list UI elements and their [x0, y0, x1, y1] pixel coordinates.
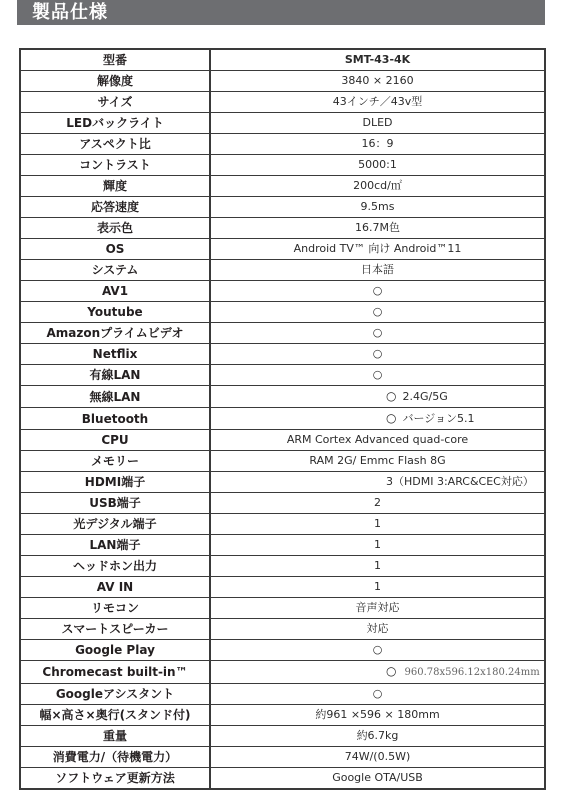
spec-value-optical: 1: [210, 514, 545, 535]
table-row: 応答速度 9.5ms: [20, 197, 545, 218]
spec-value-av1: ○: [210, 281, 545, 302]
spec-table: 型番 SMT-43-4K 解像度 3840 × 2160 サイズ 43インチ／4…: [19, 48, 546, 790]
spec-value-resolution: 3840 × 2160: [210, 71, 545, 92]
bluetooth-version: バージョン5.1: [402, 412, 474, 425]
page-title: 製品仕様: [32, 1, 108, 24]
table-row: USB端子 2: [20, 493, 545, 514]
spec-label-brightness: 輝度: [20, 176, 210, 197]
spec-label-model: 型番: [20, 49, 210, 71]
spec-value-model: SMT-43-4K: [210, 49, 545, 71]
spec-value-google-play: ○: [210, 640, 545, 661]
spec-value-memory: RAM 2G/ Emmc Flash 8G: [210, 451, 545, 472]
spec-value-weight: 約6.7kg: [210, 726, 545, 747]
spec-value-google-assistant: ○: [210, 684, 545, 705]
spec-label-response-time: 応答速度: [20, 197, 210, 218]
spec-value-amazon-prime: ○: [210, 323, 545, 344]
spec-value-smart-speaker: 対応: [210, 619, 545, 640]
table-row: Chromecast built-in™ ○960.78x596.12x180.…: [20, 661, 545, 684]
spec-label-smart-speaker: スマートスピーカー: [20, 619, 210, 640]
spec-label-wired-lan: 有線LAN: [20, 365, 210, 386]
table-row: Youtube ○: [20, 302, 545, 323]
table-row: LAN端子 1: [20, 535, 545, 556]
spec-label-software-update: ソフトウェア更新方法: [20, 768, 210, 790]
table-row: 型番 SMT-43-4K: [20, 49, 545, 71]
spec-value-system: 日本語: [210, 260, 545, 281]
spec-value-size: 43インチ／43v型: [210, 92, 545, 113]
table-row: 消費電力/（待機電力） 74W/(0.5W): [20, 747, 545, 768]
spec-value-lan-port: 1: [210, 535, 545, 556]
spec-label-size: サイズ: [20, 92, 210, 113]
table-row: 幅×高さ×奥行(スタンド付) 約961 ×596 × 180mm: [20, 705, 545, 726]
table-row: Googleアシスタント ○: [20, 684, 545, 705]
table-row: 有線LAN ○: [20, 365, 545, 386]
table-row: LEDバックライト DLED: [20, 113, 545, 134]
spec-value-aspect-ratio: 16：9: [210, 134, 545, 155]
spec-value-headphone: 1: [210, 556, 545, 577]
table-row: HDMI端子 3（HDMI 3:ARC&CEC対応）: [20, 472, 545, 493]
spec-label-backlight: LEDバックライト: [20, 113, 210, 134]
spec-label-headphone: ヘッドホン出力: [20, 556, 210, 577]
spec-label-colors: 表示色: [20, 218, 210, 239]
spec-value-chromecast: ○960.78x596.12x180.24mm: [210, 661, 545, 684]
spec-label-optical: 光デジタル端子: [20, 514, 210, 535]
spec-label-memory: メモリー: [20, 451, 210, 472]
table-row: 輝度 200cd/㎡: [20, 176, 545, 197]
spec-label-os: OS: [20, 239, 210, 260]
table-row: ヘッドホン出力 1: [20, 556, 545, 577]
spec-value-bluetooth: ○バージョン5.1: [210, 408, 545, 430]
spec-label-wireless-lan: 無線LAN: [20, 386, 210, 408]
table-row: 無線LAN ○2.4G/5G: [20, 386, 545, 408]
spec-label-youtube: Youtube: [20, 302, 210, 323]
table-row: サイズ 43インチ／43v型: [20, 92, 545, 113]
spec-label-usb: USB端子: [20, 493, 210, 514]
spec-value-av-in: 1: [210, 577, 545, 598]
table-row: 重量 約6.7kg: [20, 726, 545, 747]
spec-label-power: 消費電力/（待機電力）: [20, 747, 210, 768]
spec-value-software-update: Google OTA/USB: [210, 768, 545, 790]
table-row: スマートスピーカー 対応: [20, 619, 545, 640]
table-row: ソフトウェア更新方法 Google OTA/USB: [20, 768, 545, 790]
spec-value-dimensions: 約961 ×596 × 180mm: [210, 705, 545, 726]
table-row: 光デジタル端子 1: [20, 514, 545, 535]
spec-label-av1: AV1: [20, 281, 210, 302]
table-row: Google Play ○: [20, 640, 545, 661]
table-row: Netflix ○: [20, 344, 545, 365]
spec-label-resolution: 解像度: [20, 71, 210, 92]
spec-value-colors: 16.7M色: [210, 218, 545, 239]
table-row: OS Android TV™ 向け Android™11: [20, 239, 545, 260]
spec-value-wireless-lan: ○2.4G/5G: [210, 386, 545, 408]
spec-value-power: 74W/(0.5W): [210, 747, 545, 768]
spec-value-response-time: 9.5ms: [210, 197, 545, 218]
supported-circle-icon: ○: [386, 386, 396, 406]
table-row: Amazonプライムビデオ ○: [20, 323, 545, 344]
table-row: 解像度 3840 × 2160: [20, 71, 545, 92]
spec-label-weight: 重量: [20, 726, 210, 747]
spec-label-aspect-ratio: アスペクト比: [20, 134, 210, 155]
table-row: リモコン 音声対応: [20, 598, 545, 619]
spec-value-contrast: 5000:1: [210, 155, 545, 176]
spec-value-netflix: ○: [210, 344, 545, 365]
spec-value-hdmi: 3（HDMI 3:ARC&CEC対応）: [210, 472, 545, 493]
table-row: 表示色 16.7M色: [20, 218, 545, 239]
supported-circle-icon: ○: [386, 408, 396, 428]
supported-circle-icon: ○: [386, 661, 396, 681]
spec-label-lan-port: LAN端子: [20, 535, 210, 556]
spec-value-remote: 音声対応: [210, 598, 545, 619]
spec-value-backlight: DLED: [210, 113, 545, 134]
table-row: メモリー RAM 2G/ Emmc Flash 8G: [20, 451, 545, 472]
table-row: システム 日本語: [20, 260, 545, 281]
dimension-note: 960.78x596.12x180.24mm: [404, 667, 539, 678]
spec-label-google-assistant: Googleアシスタント: [20, 684, 210, 705]
spec-value-os: Android TV™ 向け Android™11: [210, 239, 545, 260]
table-row: Bluetooth ○バージョン5.1: [20, 408, 545, 430]
section-title-bar: 製品仕様: [17, 0, 545, 25]
spec-label-system: システム: [20, 260, 210, 281]
spec-label-chromecast: Chromecast built-in™: [20, 661, 210, 684]
table-row: AV IN 1: [20, 577, 545, 598]
table-row: CPU ARM Cortex Advanced quad-core: [20, 430, 545, 451]
spec-value-usb: 2: [210, 493, 545, 514]
wireless-lan-bands: 2.4G/5G: [402, 390, 447, 403]
table-row: コントラスト 5000:1: [20, 155, 545, 176]
spec-value-brightness: 200cd/㎡: [210, 176, 545, 197]
spec-label-cpu: CPU: [20, 430, 210, 451]
spec-label-bluetooth: Bluetooth: [20, 408, 210, 430]
spec-value-cpu: ARM Cortex Advanced quad-core: [210, 430, 545, 451]
spec-label-hdmi: HDMI端子: [20, 472, 210, 493]
spec-label-netflix: Netflix: [20, 344, 210, 365]
spec-value-wired-lan: ○: [210, 365, 545, 386]
spec-label-remote: リモコン: [20, 598, 210, 619]
table-row: AV1 ○: [20, 281, 545, 302]
spec-label-av-in: AV IN: [20, 577, 210, 598]
spec-label-contrast: コントラスト: [20, 155, 210, 176]
spec-label-dimensions: 幅×高さ×奥行(スタンド付): [20, 705, 210, 726]
spec-label-google-play: Google Play: [20, 640, 210, 661]
table-row: アスペクト比 16：9: [20, 134, 545, 155]
spec-label-amazon-prime: Amazonプライムビデオ: [20, 323, 210, 344]
spec-value-youtube: ○: [210, 302, 545, 323]
